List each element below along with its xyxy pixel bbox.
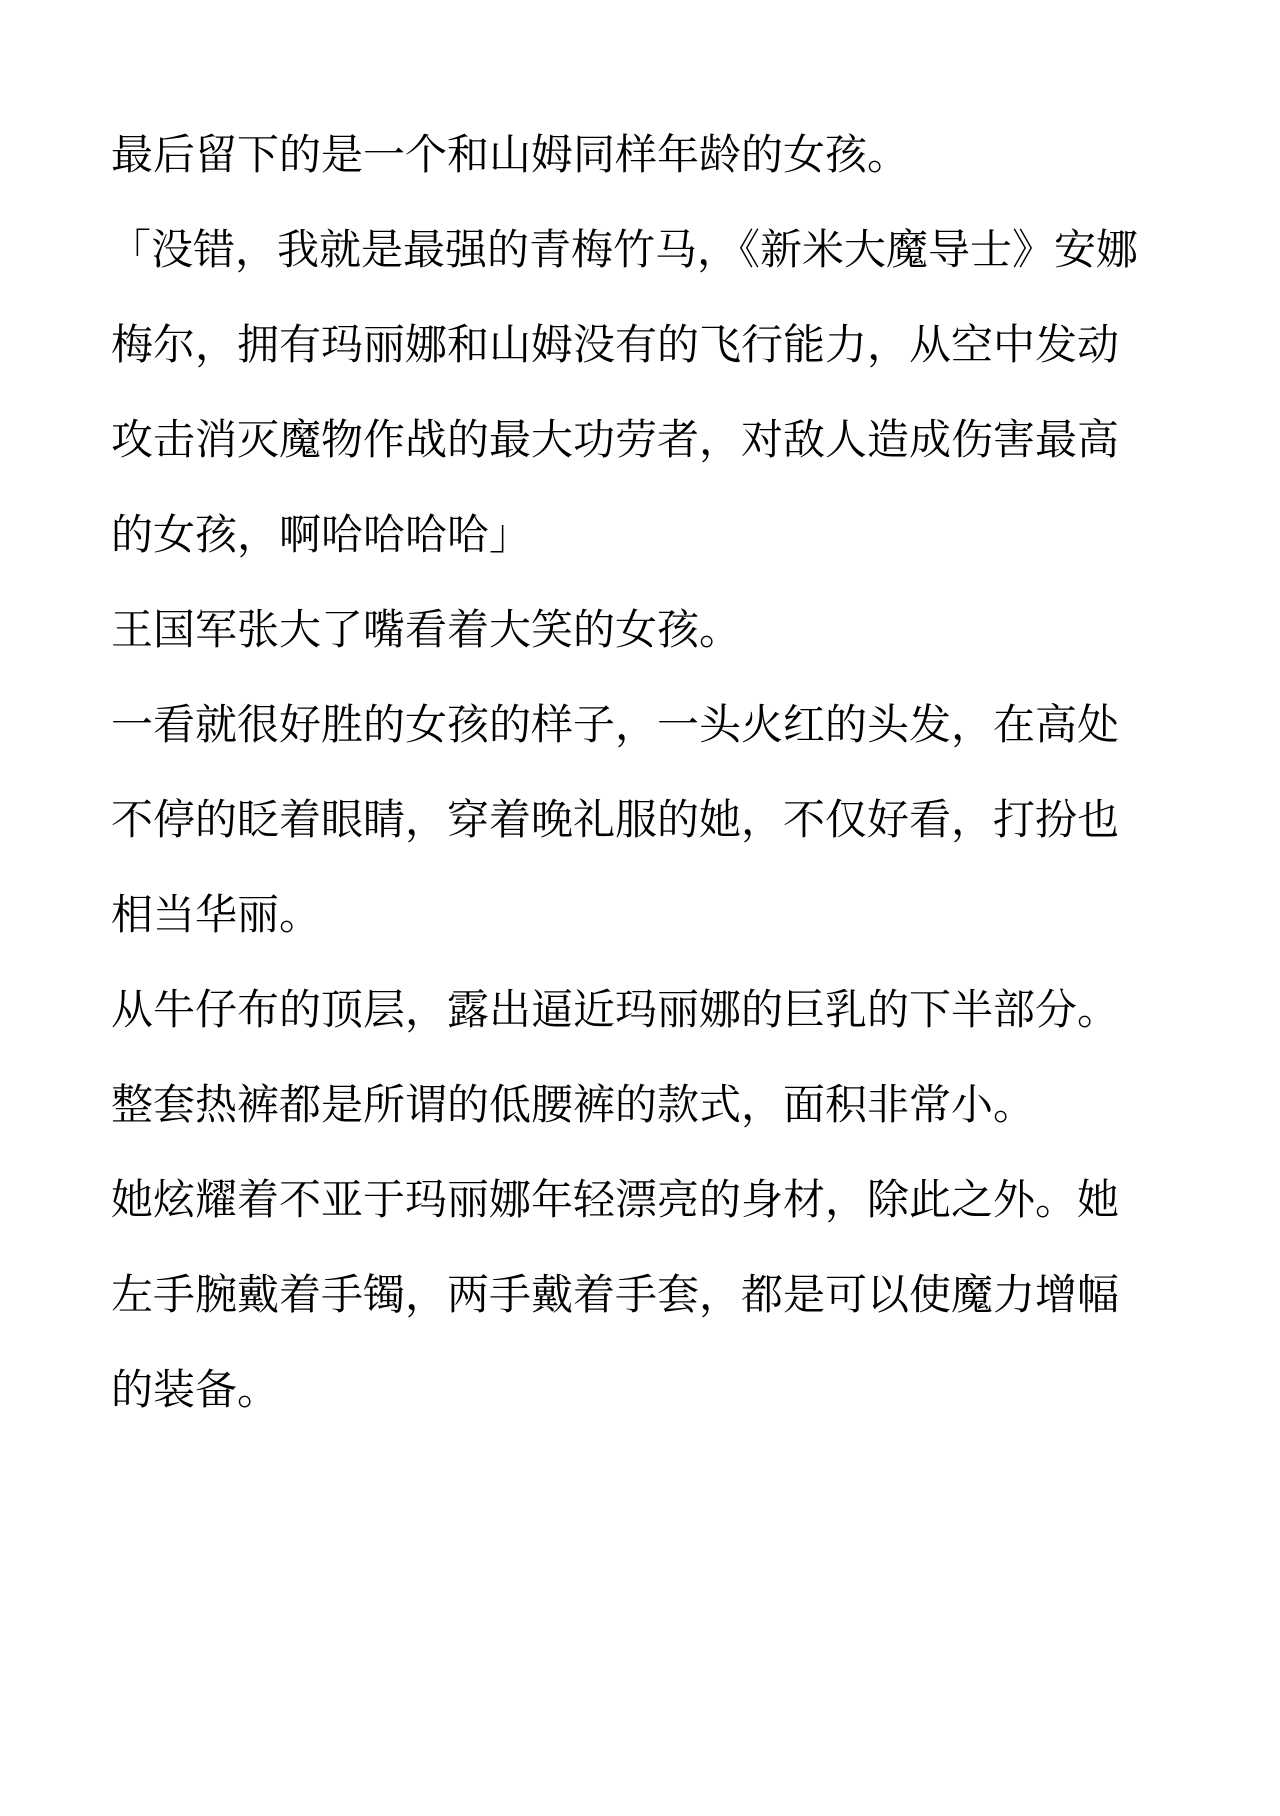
paragraph-3: 王国军张大了嘴看着大笑的女孩。 [111,582,1191,677]
text-line: 从牛仔布的顶层，露出逼近玛丽娜的巨乳的下半部分。 [111,962,1191,1057]
text-line: 最后留下的是一个和山姆同样年龄的女孩。 [111,107,1191,202]
text-line: 的装备。 [111,1342,1191,1437]
text-line: 相当华丽。 [111,867,1191,962]
paragraph-6: 整套热裤都是所谓的低腰裤的款式，面积非常小。 [111,1057,1191,1152]
text-line: 攻击消灭魔物作战的最大功劳者，对敌人造成伤害最高 [111,392,1191,487]
text-line: 「没错，我就是最强的青梅竹马，《新米大魔导士》安娜 [109,202,1191,297]
paragraph-2-dialogue: 「没错，我就是最强的青梅竹马，《新米大魔导士》安娜 梅尔，拥有玛丽娜和山姆没有的… [111,202,1191,582]
body-text: 最后留下的是一个和山姆同样年龄的女孩。 「没错，我就是最强的青梅竹马，《新米大魔… [111,107,1191,1437]
text-line: 左手腕戴着手镯，两手戴着手套，都是可以使魔力增幅 [111,1247,1191,1342]
text-line: 王国军张大了嘴看着大笑的女孩。 [111,582,1191,677]
paragraph-5: 从牛仔布的顶层，露出逼近玛丽娜的巨乳的下半部分。 [111,962,1191,1057]
text-line: 一看就很好胜的女孩的样子，一头火红的头发，在高处 [111,677,1191,772]
text-line: 的女孩，啊哈哈哈哈」 [111,487,1191,582]
text-line: 梅尔，拥有玛丽娜和山姆没有的飞行能力，从空中发动 [111,297,1191,392]
text-line: 她炫耀着不亚于玛丽娜年轻漂亮的身材，除此之外。她 [111,1152,1191,1247]
document-page: 最后留下的是一个和山姆同样年龄的女孩。 「没错，我就是最强的青梅竹马，《新米大魔… [0,0,1280,1816]
paragraph-4: 一看就很好胜的女孩的样子，一头火红的头发，在高处 不停的眨着眼睛，穿着晚礼服的她… [111,677,1191,962]
paragraph-1: 最后留下的是一个和山姆同样年龄的女孩。 [111,107,1191,202]
paragraph-7: 她炫耀着不亚于玛丽娜年轻漂亮的身材，除此之外。她 左手腕戴着手镯，两手戴着手套，… [111,1152,1191,1437]
text-line: 不停的眨着眼睛，穿着晚礼服的她，不仅好看，打扮也 [111,772,1191,867]
text-line: 整套热裤都是所谓的低腰裤的款式，面积非常小。 [111,1057,1191,1152]
